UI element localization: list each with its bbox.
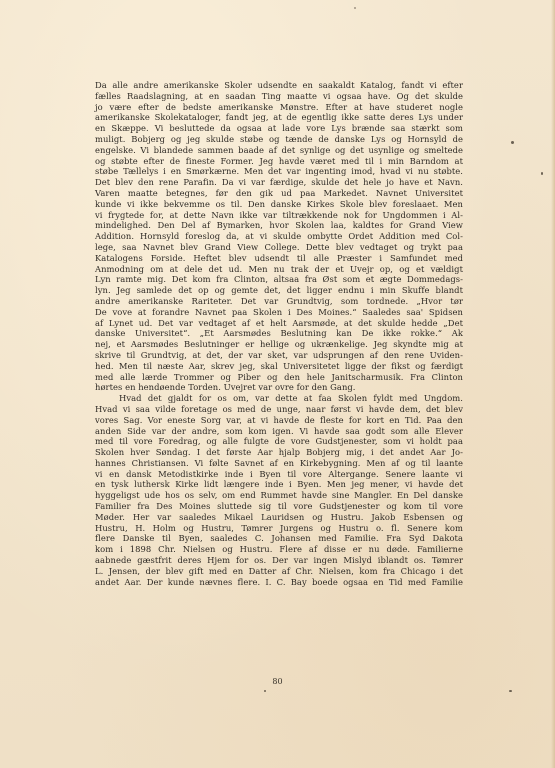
text-line: Da alle andre amerikanske Skoler udsendt… bbox=[95, 80, 463, 91]
text-line: nej, et Aarsmødes Beslutninger er hellig… bbox=[95, 339, 463, 350]
text-line: Addition. Hornsyld foreslog da, at vi sk… bbox=[95, 231, 463, 242]
text-line: Familier fra Des Moines sluttede sig til… bbox=[95, 501, 463, 512]
scan-speck bbox=[541, 172, 543, 175]
text-line: Det blev den rene Parafin. Da vi var fær… bbox=[95, 177, 463, 188]
text-line: andre amerikanske Rariteter. Det var Gru… bbox=[95, 296, 463, 307]
text-line: andet Aar. Der kunde nævnes flere. I. C.… bbox=[95, 577, 463, 588]
body-text: Da alle andre amerikanske Skoler udsendt… bbox=[95, 80, 463, 587]
text-line: fælles Raadslagning, at en saadan Ting m… bbox=[95, 91, 463, 102]
text-line: en tysk luthersk Kirke lidt længere inde… bbox=[95, 479, 463, 490]
text-line: De vove at forandre Navnet paa Skolen i … bbox=[95, 307, 463, 318]
text-line: vi en dansk Metodistkirke inde i Byen ti… bbox=[95, 469, 463, 480]
text-line: kom i 1898 Chr. Nielsen og Hustru. Flere… bbox=[95, 544, 463, 555]
scan-speck bbox=[511, 141, 514, 144]
text-line: L. Jensen, der blev gift med en Datter a… bbox=[95, 566, 463, 577]
scan-speck bbox=[264, 690, 266, 692]
text-line: med til vore Foredrag, og alle fulgte de… bbox=[95, 436, 463, 447]
text-line: af Lynet ud. Det var vedtaget af et helt… bbox=[95, 318, 463, 329]
text-line: Hvad det gjaldt for os om, var dette at … bbox=[95, 393, 463, 404]
text-line: og støbte efter de fineste Former. Jeg h… bbox=[95, 156, 463, 167]
page-edge-shadow bbox=[551, 0, 555, 768]
text-line: hyggeligst ude hos os selv, om end Rumme… bbox=[95, 490, 463, 501]
text-line: Varen maatte betegnes, før den gik ud pa… bbox=[95, 188, 463, 199]
text-line: hørtes en hendøende Torden. Uvejret var … bbox=[95, 382, 463, 393]
text-line: med alle lærde Trommer og Piber og den h… bbox=[95, 372, 463, 383]
page-number: 80 bbox=[0, 677, 555, 686]
text-line: lyn. Jeg samlede det op og gemte det, de… bbox=[95, 285, 463, 296]
text-line: hed. Men til næste Aar, skrev jeg, skal … bbox=[95, 361, 463, 372]
text-line: lege, saa Navnet blev Grand View College… bbox=[95, 242, 463, 253]
text-line: aabnede gæstfrit deres Hjem for os. Der … bbox=[95, 555, 463, 566]
text-line: vi frygtede for, at dette Navn ikke var … bbox=[95, 210, 463, 221]
paragraph: Hvad det gjaldt for os om, var dette at … bbox=[95, 393, 463, 587]
text-line: mindelighed. Den Del af Bymarken, hvor S… bbox=[95, 220, 463, 231]
text-line: flere Danske til Byen, saaledes C. Johan… bbox=[95, 533, 463, 544]
text-line: kunde vi ikke bekvemme os til. Den dansk… bbox=[95, 199, 463, 210]
text-line: muligt. Bobjerg og jeg skulde støbe og t… bbox=[95, 134, 463, 145]
text-line: skrive til Grundtvig, at det, der var sk… bbox=[95, 350, 463, 361]
text-line: Møder. Her var saaledes Mikael Lauridsen… bbox=[95, 512, 463, 523]
text-line: Hvad vi saa vilde foretage os med de ung… bbox=[95, 404, 463, 415]
text-line: amerikanske Skolekataloger, fandt jeg, a… bbox=[95, 112, 463, 123]
text-line: Anmodning om at dele det ud. Men nu trak… bbox=[95, 264, 463, 275]
text-line: en Skæppe. Vi besluttede da ogsaa at lad… bbox=[95, 123, 463, 134]
text-line: vores Sag. Vor eneste Sorg var, at vi ha… bbox=[95, 415, 463, 426]
text-line: danske Universitet“. „Et Aarsmødes Beslu… bbox=[95, 328, 463, 339]
text-line: engelske. Vi blandede sammen baade af de… bbox=[95, 145, 463, 156]
text-line: Skolen hver Søndag. I det første Aar hja… bbox=[95, 447, 463, 458]
text-line: anden Side var der andre, som kom igen. … bbox=[95, 426, 463, 437]
text-line: Hustru, H. Holm og Hustru, Tømrer Jurgen… bbox=[95, 523, 463, 534]
paragraph: Da alle andre amerikanske Skoler udsendt… bbox=[95, 80, 463, 393]
text-line: Lyn ramte mig. Det kom fra Clinton, alts… bbox=[95, 274, 463, 285]
text-line: jo være efter de bedste amerikanske Møns… bbox=[95, 102, 463, 113]
scan-speck bbox=[509, 690, 512, 692]
scan-speck bbox=[354, 7, 356, 9]
text-line: hannes Christiansen. Vi følte Savnet af … bbox=[95, 458, 463, 469]
text-line: Katalogens Forside. Heftet blev udsendt … bbox=[95, 253, 463, 264]
text-line: støbe Tællelys i en Smørkærne. Men det v… bbox=[95, 166, 463, 177]
